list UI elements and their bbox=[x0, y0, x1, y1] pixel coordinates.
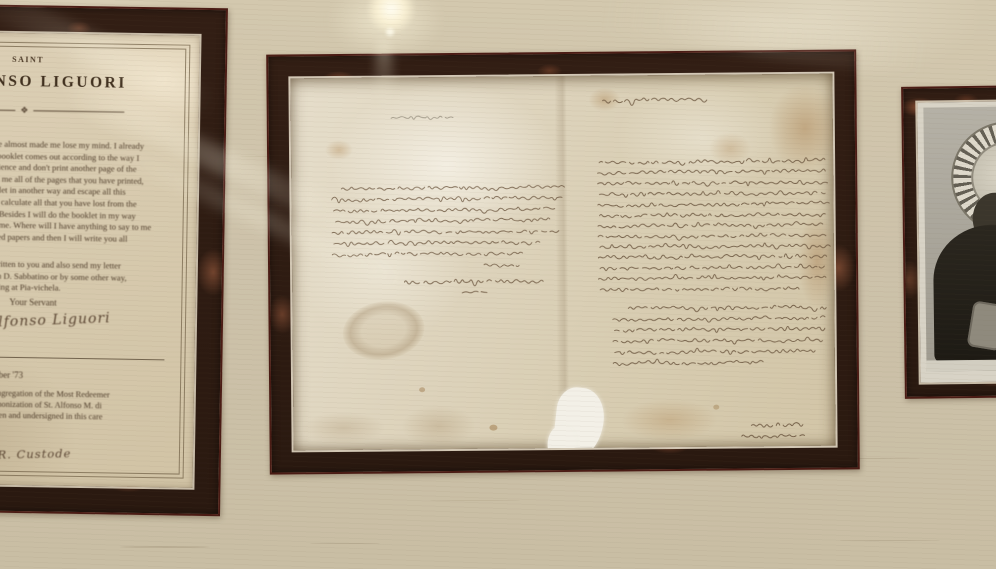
ornament-glyph: ❖ bbox=[20, 105, 28, 116]
center-frame bbox=[266, 49, 860, 474]
manuscript-paper bbox=[290, 74, 835, 451]
handwriting-left-page-signature bbox=[404, 276, 550, 309]
torn-paper-spot bbox=[547, 426, 574, 450]
translation-paragraph-1: You have almost made me lose my mind. I … bbox=[0, 138, 196, 246]
ornament-divider: ❖ bbox=[0, 104, 124, 118]
glass-glare-dot bbox=[386, 28, 394, 36]
pencil-note-handwriting bbox=[391, 113, 455, 134]
right-frame bbox=[901, 85, 996, 399]
museum-display-photo: SAINT ALPHONSO LIGUORI ❖ You have almost… bbox=[0, 0, 996, 569]
document-heading-title: ALPHONSO LIGUORI bbox=[0, 71, 127, 93]
handwriting-left-page-paragraph bbox=[331, 182, 568, 282]
mat-thread-line bbox=[840, 540, 940, 541]
translation-paragraph-2: I have written to you and also send my l… bbox=[0, 258, 194, 296]
mat-thread-line bbox=[120, 546, 210, 548]
paper-speck bbox=[419, 387, 425, 392]
engraving-field bbox=[923, 106, 996, 371]
letter-date: November '73 bbox=[0, 369, 23, 380]
left-frame: SAINT ALPHONSO LIGUORI ❖ You have almost… bbox=[0, 4, 228, 516]
paper-stain bbox=[325, 140, 353, 160]
paper-speck bbox=[713, 405, 719, 410]
letter-closing: Your Servant bbox=[9, 297, 56, 308]
certifier-signature: A. R. Custode bbox=[0, 446, 71, 462]
handwriting-right-page-paragraph-2 bbox=[612, 302, 831, 380]
left-document-paper: SAINT ALPHONSO LIGUORI ❖ You have almost… bbox=[0, 32, 200, 488]
document-heading-small: SAINT bbox=[0, 54, 78, 65]
handwriting-right-page-paragraph bbox=[597, 156, 832, 306]
engraving-bottom-margin bbox=[926, 359, 996, 371]
handwriting-right-page-signature bbox=[741, 420, 807, 450]
mat-thread-line bbox=[430, 500, 520, 501]
glass-glare-halo bbox=[328, 0, 444, 58]
paper-stain bbox=[301, 412, 385, 445]
engraving-print bbox=[917, 101, 996, 382]
paper-speck bbox=[489, 425, 497, 431]
handwriting-dateline bbox=[599, 95, 709, 118]
paper-stain bbox=[401, 405, 475, 448]
glass-glare-spot bbox=[366, 0, 416, 34]
mat-thread-line bbox=[310, 543, 380, 544]
paper-stain bbox=[621, 399, 717, 442]
signature-alfonso-liguori: Alfonso Liguori bbox=[0, 310, 111, 331]
left-document: SAINT ALPHONSO LIGUORI ❖ You have almost… bbox=[0, 32, 200, 488]
certification-paragraph: of the Congregation of the Most Redeemer… bbox=[0, 388, 192, 435]
separator-rule bbox=[0, 356, 164, 360]
